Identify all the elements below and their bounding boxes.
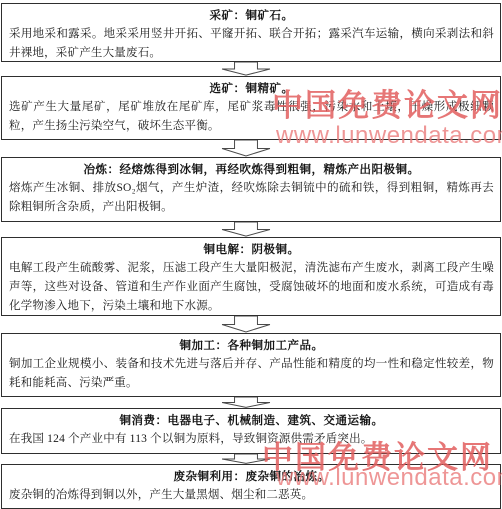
stage-title: 铜加工：各种铜加工产品。 (9, 337, 494, 355)
stage-body: 选矿产生大量尾矿，尾矿堆放在尾矿库，尾矿浆毒性很强，污染水和土壤，干燥形成极细颗… (9, 98, 494, 136)
stage-box-mining: 采矿：铜矿石。 采用地采和露采。地采采用竖井开拓、平窿开拓、联合开拓；露采汽车运… (1, 3, 501, 62)
stage-body: 采用地采和露采。地采采用竖井开拓、平窿开拓、联合开拓；露采汽车运输，横向采剥法和… (9, 25, 494, 63)
down-arrow-icon (221, 62, 271, 76)
stage-box-processing: 铜加工：各种铜加工产品。 铜加工企业规模小、装备和技术先进与落后并存、产品性能和… (1, 333, 501, 397)
down-arrow-icon (221, 316, 271, 333)
down-arrow-icon (221, 140, 271, 157)
stage-title: 采矿：铜矿石。 (9, 7, 494, 25)
stage-body: 熔炼产生冰铜、排放SO₂烟气，产生炉渣，经吹炼除去铜锍中的硫和铁，得到粗铜，精炼… (9, 179, 494, 217)
down-arrow-icon (221, 454, 271, 464)
stage-body: 在我国 124 个产业中有 113 个以铜为原料，导致铜资源供需矛盾突出。 (9, 430, 494, 449)
down-arrow-icon (221, 222, 271, 237)
stage-title: 铜电解：阴极铜。 (9, 241, 494, 259)
copper-production-flowchart: 采矿：铜矿石。 采用地采和露采。地采采用竖井开拓、平窿开拓、联合开拓；露采汽车运… (0, 0, 502, 509)
stage-body: 电解工段产生硫酸雾、泥浆，压滤工段产生大量阳极泥，清洗滤布产生废水，剥离工段产生… (9, 259, 494, 316)
stage-box-consumption: 铜消费：电器电子、机械制造、建筑、交通运输。 在我国 124 个产业中有 113… (1, 408, 501, 454)
down-arrow-icon (221, 397, 271, 408)
stage-box-smelting: 冶炼：经熔炼得到冰铜，再经吹炼得到粗铜，精炼产出阳极铜。 熔炼产生冰铜、排放SO… (1, 157, 501, 222)
stage-body: 废杂铜的冶炼得到铜以外，产生大量黑烟、烟尘和二恶英。 (9, 486, 494, 505)
stage-title: 铜消费：电器电子、机械制造、建筑、交通运输。 (9, 412, 494, 430)
stage-box-scrap-recycling: 废杂铜利用：废杂铜的冶炼。 废杂铜的冶炼得到铜以外，产生大量黑烟、烟尘和二恶英。 (1, 464, 501, 509)
stage-box-beneficiation: 选矿：铜精矿。 选矿产生大量尾矿，尾矿堆放在尾矿库，尾矿浆毒性很强，污染水和土壤… (1, 76, 501, 140)
stage-box-electrolysis: 铜电解：阴极铜。 电解工段产生硫酸雾、泥浆，压滤工段产生大量阳极泥，清洗滤布产生… (1, 237, 501, 316)
stage-title: 选矿：铜精矿。 (9, 80, 494, 98)
stage-body: 铜加工企业规模小、装备和技术先进与落后并存、产品性能和精度的均一性和稳定性较差，… (9, 355, 494, 393)
stage-title: 冶炼：经熔炼得到冰铜，再经吹炼得到粗铜，精炼产出阳极铜。 (9, 161, 494, 179)
stage-title: 废杂铜利用：废杂铜的冶炼。 (9, 468, 494, 486)
